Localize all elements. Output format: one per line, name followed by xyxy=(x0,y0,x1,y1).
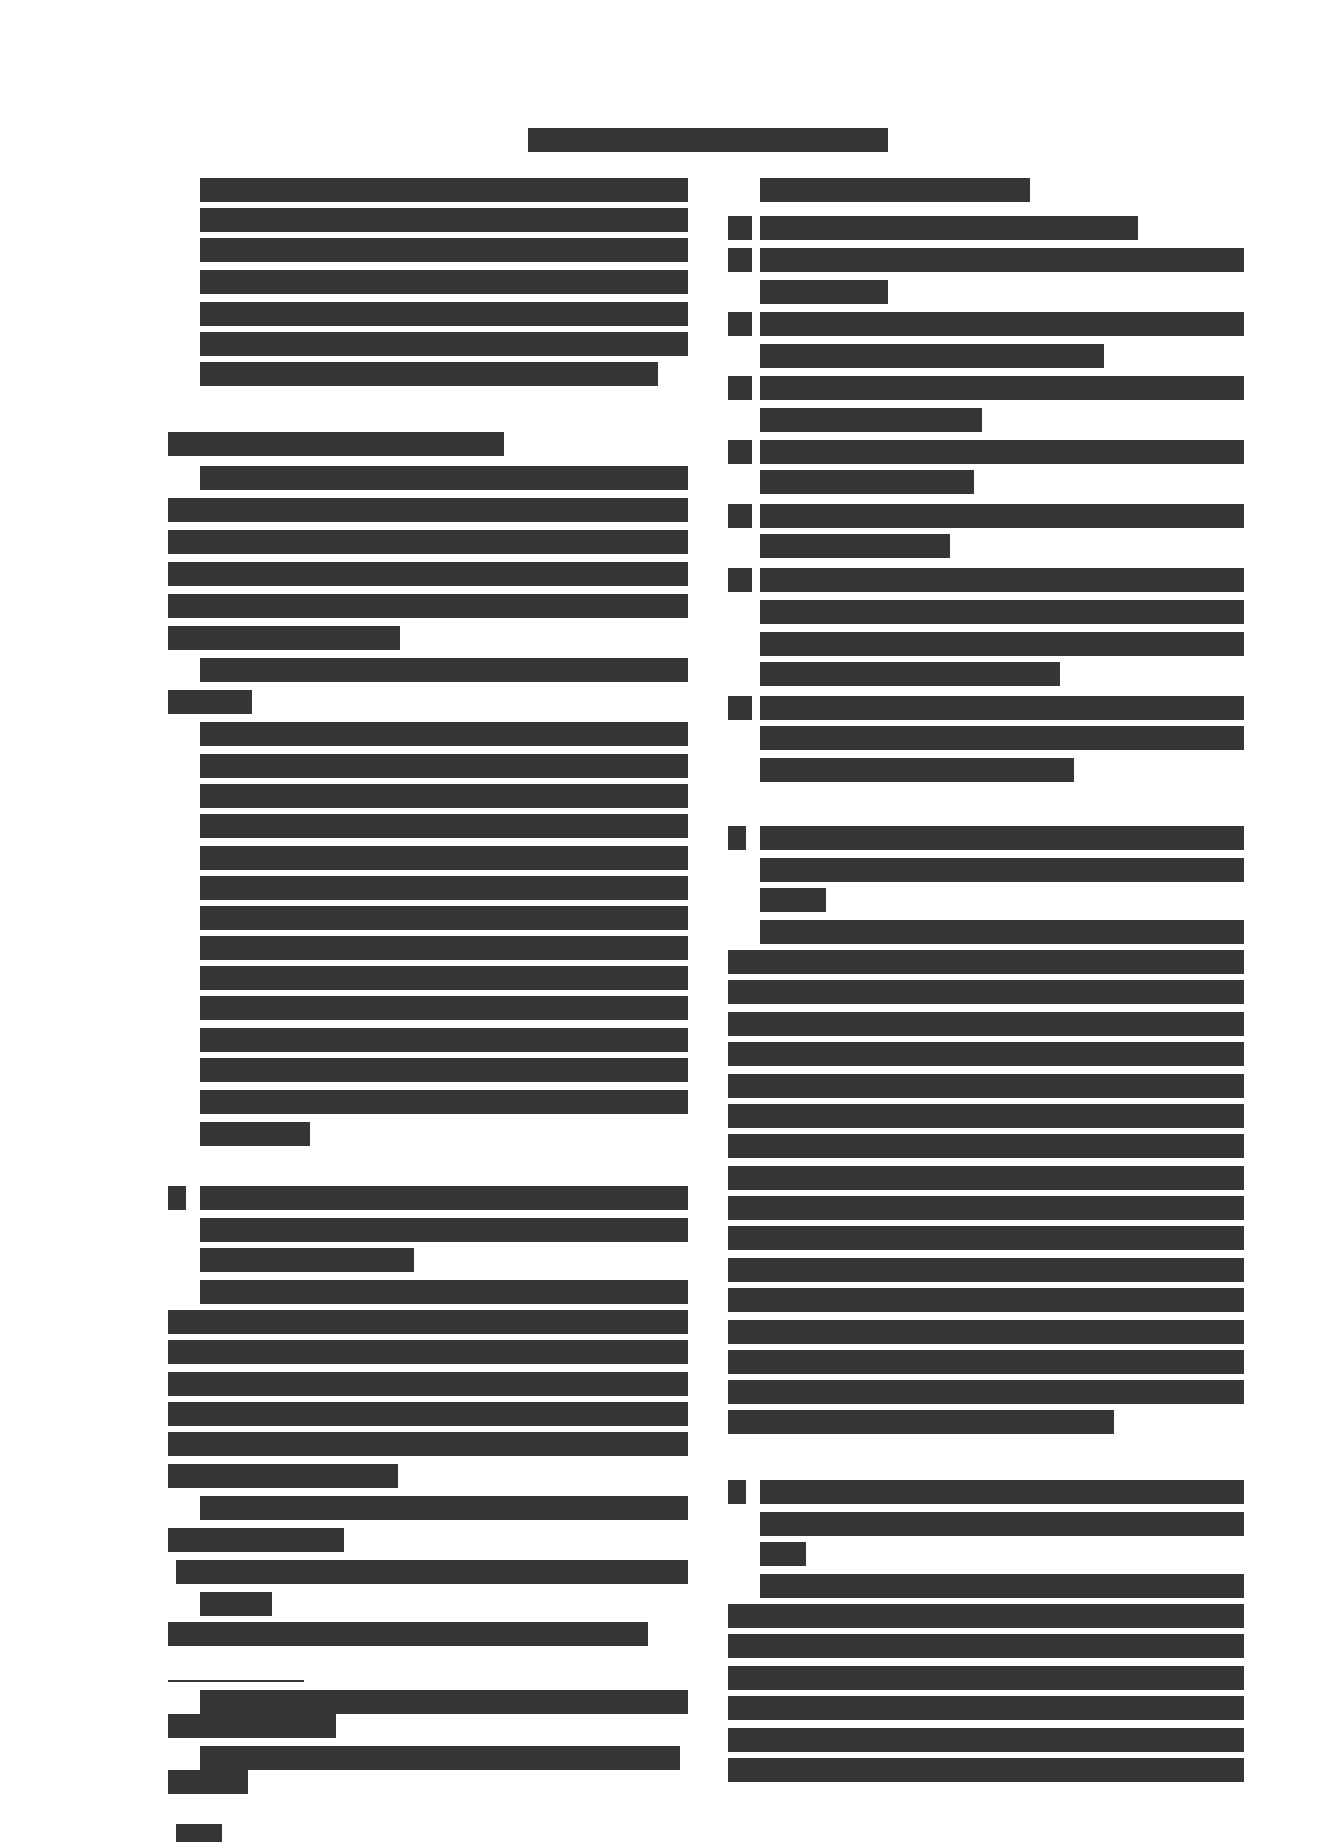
text-line xyxy=(760,534,950,558)
text-line xyxy=(168,1528,344,1552)
text-line xyxy=(168,498,688,522)
text-line xyxy=(728,504,752,528)
text-line xyxy=(200,784,688,808)
page-number xyxy=(176,1824,222,1842)
text-line xyxy=(200,876,688,900)
text-line xyxy=(728,1258,1244,1282)
text-line xyxy=(760,696,1244,720)
text-line xyxy=(728,248,752,272)
text-line xyxy=(760,888,826,912)
text-line xyxy=(728,1074,1244,1098)
text-line xyxy=(728,1350,1244,1374)
text-line xyxy=(760,1542,806,1566)
text-line xyxy=(200,1028,688,1052)
footnote-line xyxy=(168,1770,248,1794)
text-line xyxy=(728,1288,1244,1312)
text-line xyxy=(200,362,658,386)
text-line xyxy=(200,1280,688,1304)
text-line xyxy=(168,690,252,714)
text-line xyxy=(760,376,1244,400)
text-line xyxy=(760,1512,1244,1536)
text-line xyxy=(728,1604,1244,1628)
text-line xyxy=(728,440,752,464)
footnote-line xyxy=(200,1690,688,1714)
text-line xyxy=(760,280,888,304)
text-line xyxy=(200,1186,688,1210)
text-line xyxy=(168,1402,688,1426)
text-line xyxy=(200,722,688,746)
text-line xyxy=(760,568,1244,592)
text-line xyxy=(168,1432,688,1456)
text-line xyxy=(200,1122,310,1146)
text-line xyxy=(200,754,688,778)
text-line xyxy=(168,432,504,456)
text-line xyxy=(728,1634,1244,1658)
text-line xyxy=(200,1592,272,1616)
text-line xyxy=(728,1166,1244,1190)
text-line xyxy=(200,658,688,682)
text-line xyxy=(728,1134,1244,1158)
text-line xyxy=(760,470,974,494)
text-line xyxy=(760,440,1244,464)
text-line xyxy=(728,1758,1244,1782)
text-line xyxy=(760,178,1030,202)
text-line xyxy=(728,1410,1114,1434)
text-line xyxy=(760,408,982,432)
text-line xyxy=(200,1058,688,1082)
text-line xyxy=(168,562,688,586)
text-line xyxy=(168,1372,688,1396)
running-header xyxy=(528,128,888,152)
text-line xyxy=(200,332,688,356)
text-line xyxy=(200,466,688,490)
text-line xyxy=(728,1042,1244,1066)
text-line xyxy=(728,1480,746,1504)
text-line xyxy=(760,726,1244,750)
text-line xyxy=(760,248,1244,272)
text-line xyxy=(728,568,752,592)
text-line xyxy=(200,270,688,294)
text-line xyxy=(760,312,1244,336)
text-line xyxy=(760,632,1244,656)
text-line xyxy=(168,1310,688,1334)
text-line xyxy=(760,920,1244,944)
text-line xyxy=(728,826,746,850)
text-line xyxy=(200,178,688,202)
text-line xyxy=(728,376,752,400)
text-line xyxy=(760,504,1244,528)
text-line xyxy=(760,344,1104,368)
text-line xyxy=(200,996,688,1020)
text-line xyxy=(728,1196,1244,1220)
text-line xyxy=(168,1464,398,1488)
document-page xyxy=(0,0,1329,1842)
text-line xyxy=(728,950,1244,974)
text-line xyxy=(728,1104,1244,1128)
footnote-line xyxy=(200,1746,680,1770)
text-line xyxy=(760,758,1074,782)
text-line xyxy=(200,906,688,930)
text-line xyxy=(728,980,1244,1004)
text-line xyxy=(728,216,752,240)
text-line xyxy=(176,1560,688,1584)
text-line xyxy=(200,302,688,326)
text-line xyxy=(200,1218,688,1242)
text-line xyxy=(760,858,1244,882)
text-line xyxy=(200,936,688,960)
text-line xyxy=(728,1728,1244,1752)
text-line xyxy=(200,1090,688,1114)
text-line xyxy=(760,1480,1244,1504)
text-line xyxy=(200,846,688,870)
text-line xyxy=(728,1666,1244,1690)
text-line xyxy=(200,208,688,232)
text-line xyxy=(728,1380,1244,1404)
text-line xyxy=(168,1186,186,1210)
text-line xyxy=(200,814,688,838)
text-line xyxy=(728,312,752,336)
text-line xyxy=(200,1248,414,1272)
text-line xyxy=(760,826,1244,850)
text-line xyxy=(728,1320,1244,1344)
text-line xyxy=(728,1226,1244,1250)
text-line xyxy=(728,1696,1244,1720)
text-line xyxy=(168,594,688,618)
footnote-line xyxy=(168,1714,336,1738)
text-line xyxy=(760,600,1244,624)
text-line xyxy=(200,1496,688,1520)
text-line xyxy=(728,1012,1244,1036)
text-line xyxy=(760,1574,1244,1598)
text-line xyxy=(760,216,1138,240)
text-line xyxy=(200,966,688,990)
text-line xyxy=(168,1622,648,1646)
footnote-rule xyxy=(168,1680,304,1682)
text-line xyxy=(760,662,1060,686)
text-line xyxy=(200,238,688,262)
text-line xyxy=(168,626,400,650)
text-line xyxy=(728,696,752,720)
text-line xyxy=(168,530,688,554)
text-line xyxy=(168,1340,688,1364)
